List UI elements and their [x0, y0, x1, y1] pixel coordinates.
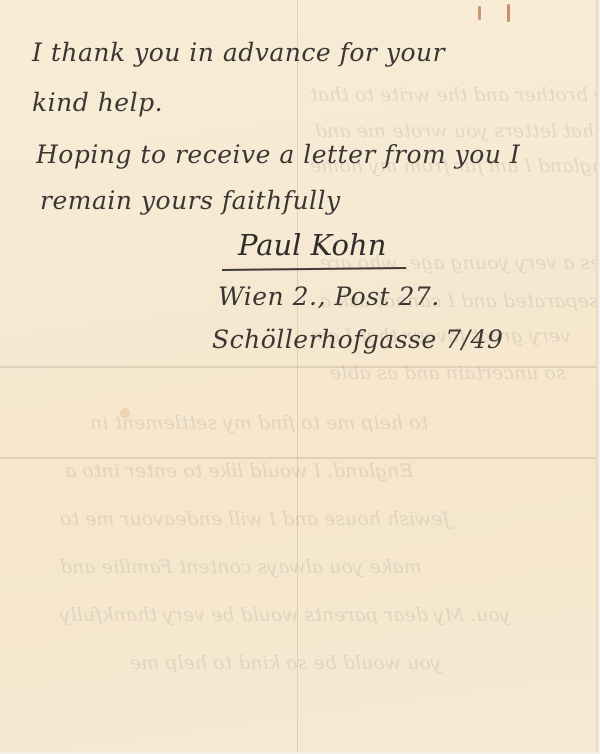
bleed-through-line: England. I would like to enter into a	[65, 460, 413, 482]
letter-line: Hoping to receive a letter from you I	[36, 140, 520, 169]
bleed-through-line: you would be so kind to help me	[130, 652, 442, 674]
rust-mark	[507, 4, 510, 22]
letter-line: I thank you in advance for your	[32, 38, 445, 67]
bleed-through-line: you. My dear parents would be very thank…	[60, 604, 511, 626]
vertical-fold-crease	[297, 0, 298, 752]
letter-line: remain yours faithfully	[40, 186, 341, 215]
signature: Paul Kohn	[238, 228, 386, 262]
bleed-through-line: Jewish house and I will endeavour me to	[60, 508, 450, 530]
bleed-through-line: so uncertain and as able	[330, 362, 566, 384]
bleed-through-line: make you always content Familie and	[60, 556, 422, 578]
letter-page: My brother and the write to that that le…	[0, 0, 598, 752]
address-line: Schöllerhofgasse 7/49	[212, 325, 503, 354]
bleed-through-line: My brother and the write to that	[310, 84, 598, 106]
bleed-through-line: that letters you wrote me and	[315, 120, 598, 142]
address-line: Wien 2., Post 27.	[218, 282, 440, 311]
letter-line: kind help.	[32, 88, 163, 117]
bleed-through-line: to help me to find my settlement in	[90, 412, 428, 434]
horizontal-fold-crease	[0, 457, 596, 459]
rust-mark	[478, 6, 481, 20]
